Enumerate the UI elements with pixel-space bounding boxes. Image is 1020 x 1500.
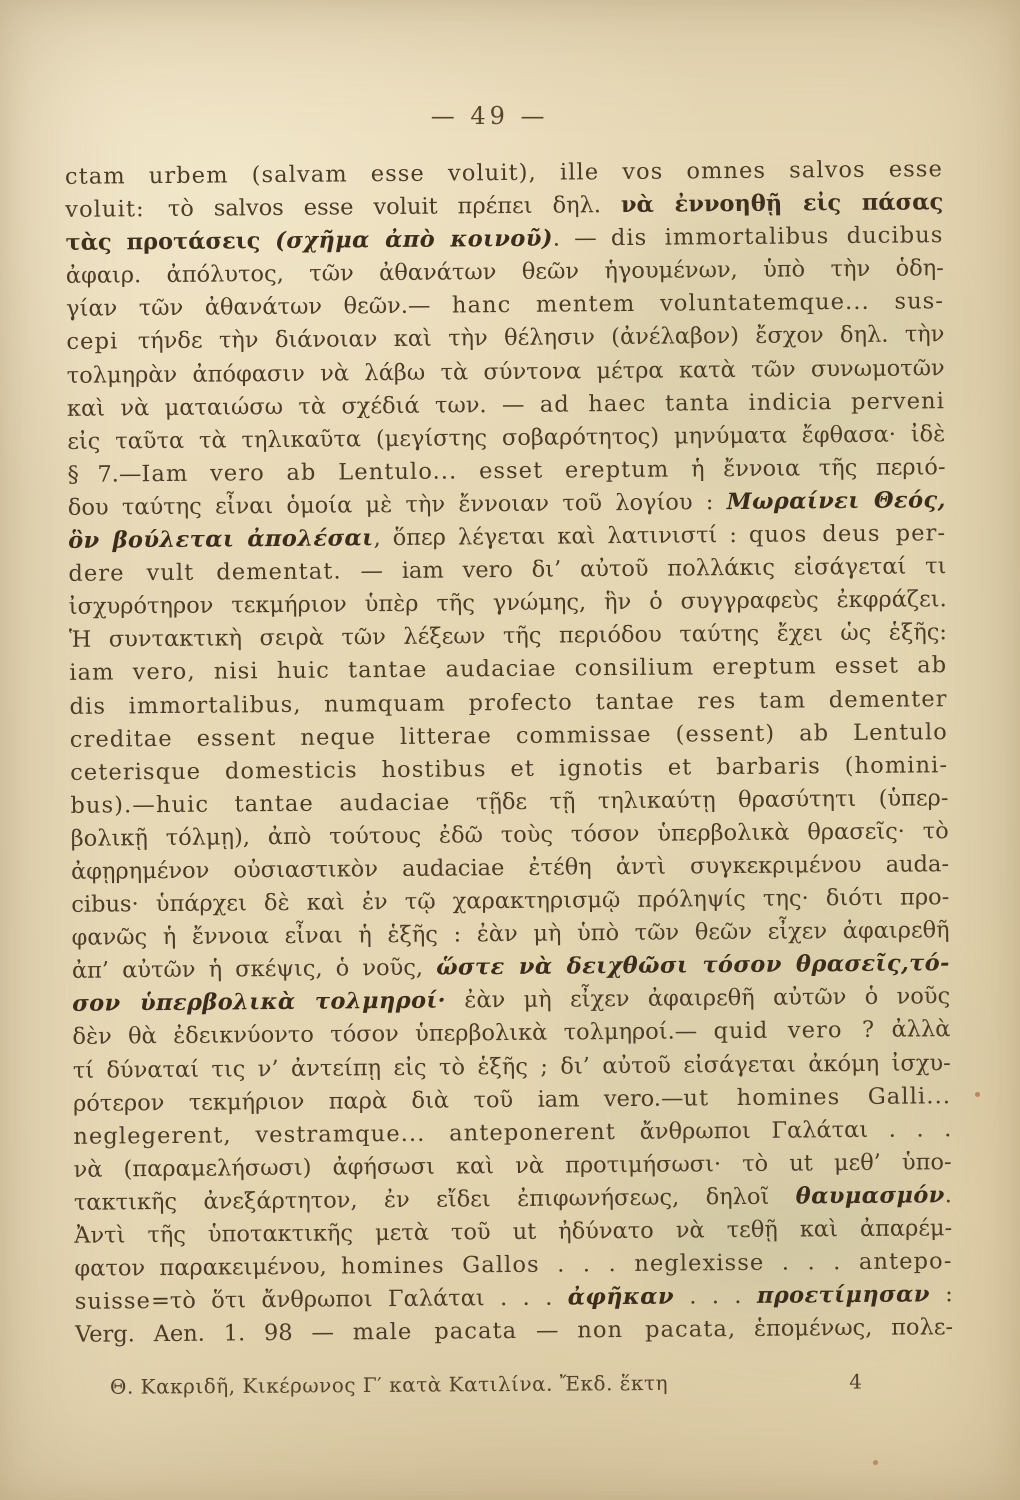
- text-run: τὰς προτάσεις: [65, 228, 275, 256]
- text-run: ἀλλὰ: [875, 1017, 950, 1044]
- text-run: cibus· ὑπάρχει δὲ καὶ ἐν τῷ χαρακτηρισμῷ…: [71, 884, 949, 918]
- text-run: dis immortalibus, numquam profecto tanta…: [69, 686, 947, 720]
- text-run: ἡ ἔννοια τῆς περιό-: [691, 454, 946, 482]
- scanned-book-page: — 49 — ctam urbem (salvam esse voluit), …: [0, 0, 1020, 1500]
- text-run: ἰσχυρότηρον τεκμήριον ὑπὲρ τῆς γνώμης, ἣ…: [69, 586, 947, 620]
- text-run: ἄνθρωποι Γαλάται . . .: [640, 1116, 952, 1145]
- text-run: ad haec tanta indicia perveni: [540, 388, 945, 418]
- text-run: φατον παρακειμένου,: [74, 1254, 341, 1282]
- text-run: dis immortalibus ducibus: [611, 222, 944, 251]
- text-run: iam vero, nisi huic tantae audaciae cons…: [69, 653, 947, 687]
- text-run: — iam vero δι’ αὐτοῦ πολλάκις εἰσάγεταί …: [342, 553, 947, 584]
- page-footer: Θ. Κακριδῆ, Κικέρωνος Γ′ κατὰ Κατιλίνα. …: [70, 1369, 948, 1399]
- text-run: ἐὰν μὴ εἶχεν ἀφαιρεθῆ αὐτῶν ὁ νοῦς: [446, 984, 950, 1014]
- text-run: τὸ salvos esse voluit πρέπει δηλ.: [168, 192, 621, 222]
- text-run: τολμηρὰν ἀπόφασιν νὰ λάβω τὰ σύντονα μέτ…: [67, 355, 945, 389]
- text-run: bus).—huic tantae audaciae: [70, 789, 476, 819]
- text-run: . . .: [674, 1283, 757, 1310]
- text-run: Ἡ συντακτικὴ σειρὰ τῶν λέξεων τῆς περιόδ…: [69, 619, 947, 653]
- text-run: τήνδε τὴν διάνοιαν καὶ τὴν θέλησιν (ἀνέλ…: [138, 322, 945, 355]
- text-run: Iam vero ab Lentulo... esset ereptum: [141, 456, 691, 487]
- text-run: suisse: [75, 1288, 151, 1315]
- text-run: non pacata: [577, 1316, 728, 1343]
- text-run: δὲν θὰ ἐδεικνύοντο τόσον ὑπερβολικὰ τολμ…: [72, 1019, 713, 1051]
- paper-speck: [975, 1092, 980, 1097]
- page-number-header: — 49 —: [0, 102, 979, 130]
- text-run: creditae essent neque litterae commissae…: [70, 719, 948, 753]
- text-run: (σχῆμα ἀπὸ κοινοῦ): [275, 226, 553, 254]
- text-run: , ἑπομένως, πολε-: [728, 1314, 953, 1342]
- text-run: Μωραίνει Θεός,: [727, 487, 946, 515]
- text-run: τί δύναταί τις ν’ ἀντείπῃ εἰς τὸ ἑξῆς ; …: [73, 1050, 951, 1084]
- text-run: .: [945, 1182, 952, 1208]
- text-run: male pacata: [353, 1318, 518, 1345]
- text-run: Ἀντὶ τῆς ὑποτακτικῆς μετὰ τοῦ ut ἠδύνατο…: [74, 1215, 952, 1249]
- text-run: —: [517, 1318, 577, 1345]
- text-run: καὶ νὰ ματαιώσω τὰ σχέδιά των. —: [67, 391, 540, 421]
- text-run: γίαν τῶν ἀθανάτων θεῶν.—: [66, 293, 452, 322]
- text-run: ὃν βούλεται ἀπολέσαι: [68, 525, 374, 554]
- text-run: ἀφῃρημένον οὐσιαστικὸν audaciae ἐτέθη ἀν…: [71, 851, 949, 885]
- text-run: quos deus per-: [749, 520, 946, 548]
- text-run: ἀφῆκαν: [568, 1284, 674, 1311]
- text-run: hanc mentem voluntatemque... sus-: [452, 289, 944, 319]
- text-run: voluit:: [65, 196, 168, 223]
- page-number: — 49 —: [431, 102, 549, 130]
- text-run: νὰ (παραμελήσωσι) ἀφήσωσι καὶ νὰ προτιμή…: [74, 1149, 952, 1183]
- text-run: homines Gallos . . . neglexisse . . . an…: [341, 1248, 953, 1279]
- text-run: dere vult dementat.: [68, 559, 341, 587]
- footer-citation: Θ. Κακριδῆ, Κικέρωνος Γ′ κατὰ Κατιλίνα. …: [110, 1371, 668, 1399]
- text-run: θαυμασμόν: [796, 1182, 945, 1209]
- text-run: neglegerent, vestramque... anteponerent: [73, 1119, 640, 1150]
- text-run: :: [930, 1281, 953, 1307]
- text-run: , ὅπερ λέγεται καὶ λατινιστί :: [373, 522, 749, 551]
- signature-mark: 4: [849, 1370, 862, 1394]
- text-run: σον ὑπερβολικὰ τολμηροί·: [72, 988, 446, 1017]
- text-run: ρότερον τεκμήριον παρὰ διὰ τοῦ iam vero.…: [73, 1085, 684, 1116]
- text-run: εἰς ταῦτα τὰ τηλικαῦτα (μεγίστης σοβαρότ…: [67, 421, 945, 455]
- text-run: . —: [553, 225, 611, 252]
- text-block: ctam urbem (salvam esse voluit), ille vo…: [65, 153, 953, 1352]
- text-run: =τὸ ὅτι ἄνθρωποι Γαλάται . . .: [151, 1285, 568, 1315]
- text-run: quid vero ?: [713, 1017, 875, 1044]
- text-run: Verg. Aen. 1. 98 —: [75, 1320, 353, 1348]
- text-run: ἀφαιρ. ἀπόλυτος, τῶν ἀθανάτων θεῶν ἡγουμ…: [66, 255, 944, 289]
- text-run: § 7.—: [67, 461, 141, 488]
- text-run: cepi: [66, 329, 138, 356]
- text-run: φανῶς ἡ ἔννοια εἶναι ἡ ἑξῆς : ἐὰν μὴ ὑπὸ…: [71, 917, 949, 951]
- text-run: ἀπ’ αὐτῶν ἡ σκέψις, ὁ νοῦς,: [72, 955, 436, 984]
- text-run: προετίμησαν: [757, 1282, 930, 1310]
- text-run: βολικῇ τόλμῃ), ἀπὸ τούτους ἐδῶ τοὺς τόσο…: [71, 818, 949, 852]
- text-line: Verg. Aen. 1. 98 — male pacata — non pac…: [75, 1311, 953, 1352]
- text-run: δου ταύτης εἶναι ὁμοία μὲ τὴν ἔννοιαν το…: [68, 489, 727, 521]
- text-run: τακτικῆς ἀνεξάρτητον, ἐν εἴδει ἐπιφωνήσε…: [74, 1183, 796, 1215]
- text-run: ut homines Galli...: [683, 1083, 951, 1111]
- text-run: ctam urbem (salvam esse voluit), ille vo…: [65, 156, 943, 190]
- text-run: τῇδε τῇ τηλικαύτῃ θρασύτητι (ὑπερ-: [476, 785, 949, 815]
- text-run: νὰ ἐννοηθῇ εἰς πάσας: [621, 189, 943, 218]
- text-run: ceterisque domesticis hostibus et ignoti…: [70, 752, 948, 786]
- paper-speck: [873, 1460, 878, 1465]
- text-run: ὥστε νὰ δειχθῶσι τόσον θρασεῖς,τό-: [436, 950, 950, 980]
